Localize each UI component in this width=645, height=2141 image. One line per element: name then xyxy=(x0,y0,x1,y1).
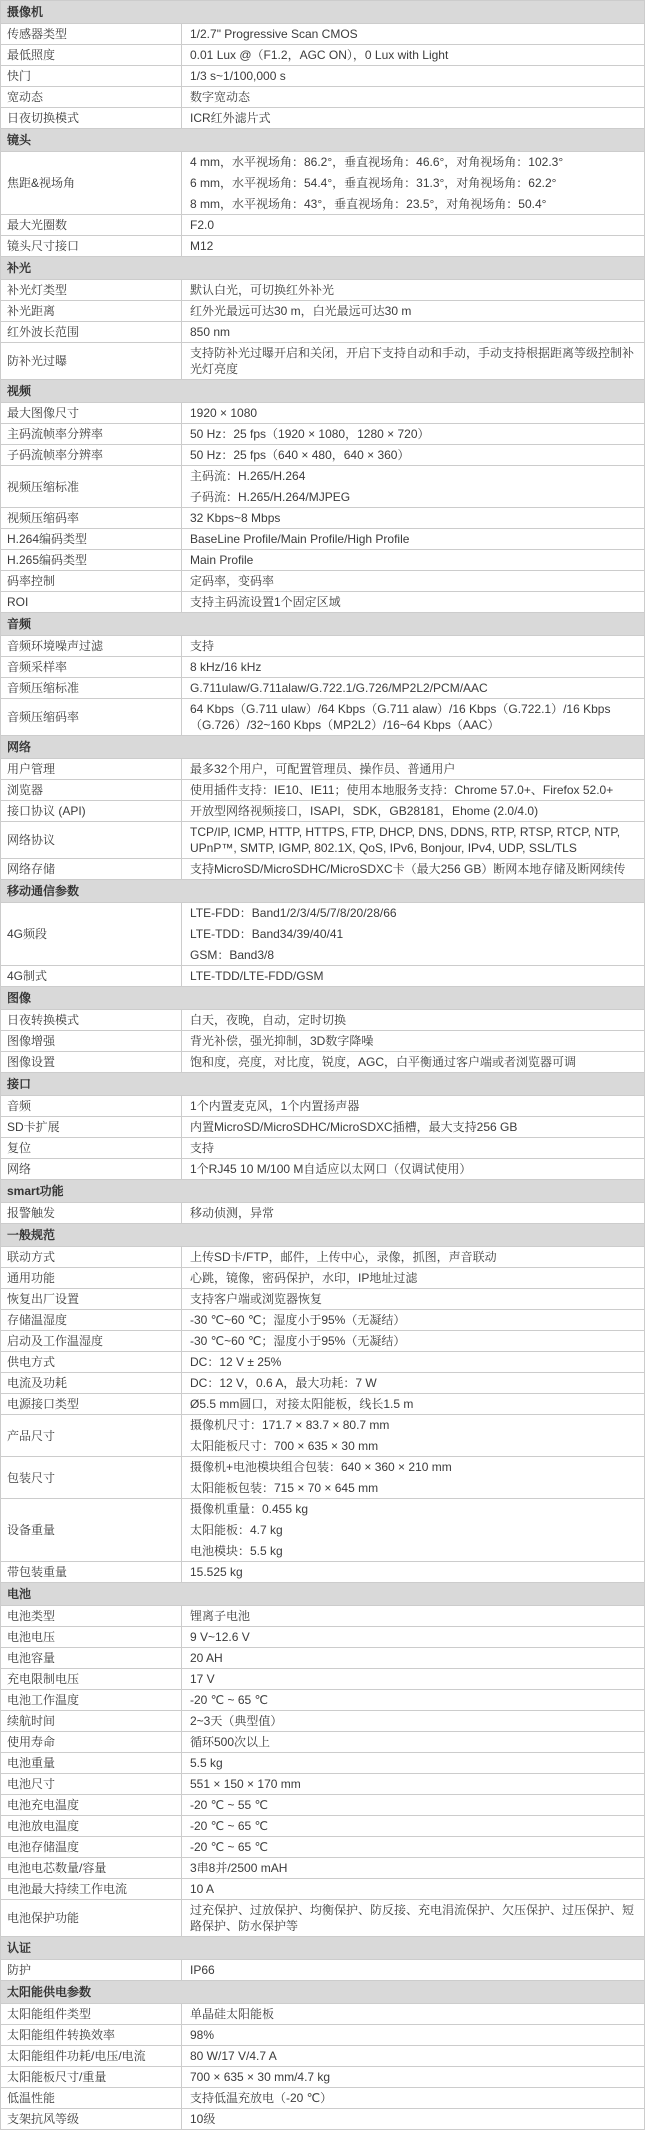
spec-label: 宽动态 xyxy=(1,87,182,108)
spec-value-line: 8 kHz/16 kHz xyxy=(190,659,638,675)
spec-value-line: 背光补偿，强光抑制，3D数字降噪 xyxy=(190,1033,638,1049)
spec-value-line: 内置MicroSD/MicroSDHC/MicroSDXC插槽，最大支持256 … xyxy=(190,1119,638,1135)
spec-label: 图像增强 xyxy=(1,1031,182,1052)
spec-value-line: 太阳能板包装：715 × 70 × 645 mm xyxy=(190,1480,638,1496)
spec-label: 电池类型 xyxy=(1,1606,182,1627)
spec-value-line: 551 × 150 × 170 mm xyxy=(190,1776,638,1792)
spec-value-line: IP66 xyxy=(190,1962,638,1978)
spec-label: 4G制式 xyxy=(1,966,182,987)
spec-value: 使用插件支持：IE10、IE11；使用本地服务支持：Chrome 57.0+、F… xyxy=(182,780,645,801)
spec-label: 电池最大持续工作电流 xyxy=(1,1879,182,1900)
spec-value-line: Main Profile xyxy=(190,552,638,568)
section-header-row: 一般规范 xyxy=(1,1224,645,1247)
spec-sheet-page: 摄像机传感器类型1/2.7" Progressive Scan CMOS最低照度… xyxy=(0,0,645,2130)
spec-label: 恢复出厂设置 xyxy=(1,1289,182,1310)
spec-row: 电池电芯数量/容量3串8并/2500 mAH xyxy=(1,1858,645,1879)
section-title: 图像 xyxy=(1,987,645,1010)
spec-label: 电池电压 xyxy=(1,1627,182,1648)
spec-row: 网络协议TCP/IP, ICMP, HTTP, HTTPS, FTP, DHCP… xyxy=(1,822,645,859)
spec-value-line: 支持 xyxy=(190,1140,638,1156)
spec-row: 电池容量20 AH xyxy=(1,1648,645,1669)
spec-value: 上传SD卡/FTP，邮件，上传中心，录像，抓图，声音联动 xyxy=(182,1247,645,1268)
spec-value-line: DC：12 V，0.6 A，最大功耗：7 W xyxy=(190,1375,638,1391)
spec-value: 红外光最远可达30 m，白光最远可达30 m xyxy=(182,301,645,322)
spec-label: 联动方式 xyxy=(1,1247,182,1268)
spec-value: 默认白光，可切换红外补光 xyxy=(182,280,645,301)
spec-label: 网络存储 xyxy=(1,859,182,880)
spec-value: 64 Kbps（G.711 ulaw）/64 Kbps（G.711 alaw）/… xyxy=(182,699,645,736)
spec-label: 报警触发 xyxy=(1,1203,182,1224)
spec-value-line: -30 ℃~60 ℃；湿度小于95%（无凝结） xyxy=(190,1333,638,1349)
spec-value: 移动侦测，异常 xyxy=(182,1203,645,1224)
spec-label: 最大光圈数 xyxy=(1,215,182,236)
spec-label: 供电方式 xyxy=(1,1352,182,1373)
spec-row: 低温性能支持低温充放电（-20 ℃） xyxy=(1,2088,645,2109)
spec-label: 传感器类型 xyxy=(1,24,182,45)
spec-value: LTE-TDD/LTE-FDD/GSM xyxy=(182,966,645,987)
spec-value-line: 32 Kbps~8 Mbps xyxy=(190,510,638,526)
spec-value-line: 10级 xyxy=(190,2111,638,2127)
spec-row: 音频压缩码率64 Kbps（G.711 ulaw）/64 Kbps（G.711 … xyxy=(1,699,645,736)
spec-value: TCP/IP, ICMP, HTTP, HTTPS, FTP, DHCP, DN… xyxy=(182,822,645,859)
spec-value-line: LTE-FDD：Band1/2/3/4/5/7/8/20/28/66 xyxy=(190,905,638,921)
spec-value-line: 4 mm，水平视场角：86.2°，垂直视场角：46.6°，对角视场角：102.3… xyxy=(190,154,638,170)
spec-row: 子码流帧率分辨率50 Hz：25 fps（640 × 480，640 × 360… xyxy=(1,445,645,466)
spec-value: 单晶硅太阳能板 xyxy=(182,2004,645,2025)
spec-value-line: 支持 xyxy=(190,638,638,654)
section-header-row: 接口 xyxy=(1,1073,645,1096)
spec-row: 电池工作温度-20 ℃ ~ 65 ℃ xyxy=(1,1690,645,1711)
spec-row: 4G频段LTE-FDD：Band1/2/3/4/5/7/8/20/28/66LT… xyxy=(1,903,645,966)
spec-label: 网络 xyxy=(1,1159,182,1180)
spec-value: 支持防补光过曝开启和关闭，开启下支持自动和手动，手动支持根据距离等级控制补光灯亮… xyxy=(182,343,645,380)
section-title: 电池 xyxy=(1,1583,645,1606)
spec-row: 镜头尺寸接口M12 xyxy=(1,236,645,257)
spec-row: 焦距&视场角4 mm，水平视场角：86.2°，垂直视场角：46.6°，对角视场角… xyxy=(1,152,645,215)
spec-value-line: 50 Hz：25 fps（1920 × 1080，1280 × 720） xyxy=(190,426,638,442)
spec-value: 锂离子电池 xyxy=(182,1606,645,1627)
spec-value-line: 循环500次以上 xyxy=(190,1734,638,1750)
spec-label: 接口协议 (API) xyxy=(1,801,182,822)
spec-value: 20 AH xyxy=(182,1648,645,1669)
spec-label: 电池容量 xyxy=(1,1648,182,1669)
spec-row: 音频采样率8 kHz/16 kHz xyxy=(1,657,645,678)
spec-value: 98% xyxy=(182,2025,645,2046)
spec-value-line: 1920 × 1080 xyxy=(190,405,638,421)
spec-row: 产品尺寸摄像机尺寸：171.7 × 83.7 × 80.7 mm太阳能板尺寸：7… xyxy=(1,1415,645,1457)
spec-row: 浏览器使用插件支持：IE10、IE11；使用本地服务支持：Chrome 57.0… xyxy=(1,780,645,801)
spec-value: 支持 xyxy=(182,636,645,657)
spec-row: 通用功能心跳，镜像，密码保护，水印，IP地址过滤 xyxy=(1,1268,645,1289)
spec-value: 摄像机重量：0.455 kg太阳能板：4.7 kg电池模块：5.5 kg xyxy=(182,1499,645,1562)
spec-label: 快门 xyxy=(1,66,182,87)
spec-value-line: TCP/IP, ICMP, HTTP, HTTPS, FTP, DHCP, DN… xyxy=(190,824,638,856)
spec-value: 支持主码流设置1个固定区域 xyxy=(182,592,645,613)
spec-value: 过充保护、过放保护、均衡保护、防反接、充电涓流保护、欠压保护、过压保护、短路保护… xyxy=(182,1900,645,1937)
spec-value: 1920 × 1080 xyxy=(182,403,645,424)
spec-value-line: 心跳，镜像，密码保护，水印，IP地址过滤 xyxy=(190,1270,638,1286)
spec-table: 摄像机传感器类型1/2.7" Progressive Scan CMOS最低照度… xyxy=(0,0,645,2130)
spec-row: 电池放电温度-20 ℃ ~ 65 ℃ xyxy=(1,1816,645,1837)
spec-value: 主码流：H.265/H.264子码流：H.265/H.264/MJPEG xyxy=(182,466,645,508)
spec-value: 支持客户端或浏览器恢复 xyxy=(182,1289,645,1310)
spec-row: 太阳能组件类型单晶硅太阳能板 xyxy=(1,2004,645,2025)
spec-value: LTE-FDD：Band1/2/3/4/5/7/8/20/28/66LTE-TD… xyxy=(182,903,645,966)
spec-label: 电池存储温度 xyxy=(1,1837,182,1858)
spec-value-line: LTE-TDD：Band34/39/40/41 xyxy=(190,926,638,942)
spec-row: 4G制式LTE-TDD/LTE-FDD/GSM xyxy=(1,966,645,987)
spec-row: 电池电压9 V~12.6 V xyxy=(1,1627,645,1648)
spec-value-line: 80 W/17 V/4.7 A xyxy=(190,2048,638,2064)
spec-value: -20 ℃ ~ 65 ℃ xyxy=(182,1837,645,1858)
spec-label: 4G频段 xyxy=(1,903,182,966)
spec-row: 续航时间2~3天（典型值） xyxy=(1,1711,645,1732)
spec-value-line: 1个RJ45 10 M/100 M自适应以太网口（仅调试使用） xyxy=(190,1161,638,1177)
spec-value: ICR红外滤片式 xyxy=(182,108,645,129)
spec-value-line: 1/2.7" Progressive Scan CMOS xyxy=(190,26,638,42)
spec-label: ROI xyxy=(1,592,182,613)
spec-row: 网络存储支持MicroSD/MicroSDHC/MicroSDXC卡（最大256… xyxy=(1,859,645,880)
spec-value: -20 ℃ ~ 65 ℃ xyxy=(182,1690,645,1711)
spec-label: 补光距离 xyxy=(1,301,182,322)
section-header-row: 摄像机 xyxy=(1,1,645,24)
spec-label: 视频压缩标准 xyxy=(1,466,182,508)
section-title: 认证 xyxy=(1,1937,645,1960)
spec-table-body: 摄像机传感器类型1/2.7" Progressive Scan CMOS最低照度… xyxy=(1,1,645,2130)
spec-row: 码率控制定码率，变码率 xyxy=(1,571,645,592)
spec-row: 最大图像尺寸1920 × 1080 xyxy=(1,403,645,424)
spec-value-line: 开放型网络视频接口，ISAPI，SDK，GB28181，Ehome (2.0/4… xyxy=(190,803,638,819)
spec-label: 音频压缩标准 xyxy=(1,678,182,699)
spec-value: -30 ℃~60 ℃；湿度小于95%（无凝结） xyxy=(182,1310,645,1331)
spec-value: 17 V xyxy=(182,1669,645,1690)
spec-value: 850 nm xyxy=(182,322,645,343)
spec-label: 带包装重量 xyxy=(1,1562,182,1583)
spec-value: 3串8并/2500 mAH xyxy=(182,1858,645,1879)
spec-row: 视频压缩码率32 Kbps~8 Mbps xyxy=(1,508,645,529)
spec-value: 开放型网络视频接口，ISAPI，SDK，GB28181，Ehome (2.0/4… xyxy=(182,801,645,822)
spec-value: BaseLine Profile/Main Profile/High Profi… xyxy=(182,529,645,550)
spec-label: 包装尺寸 xyxy=(1,1457,182,1499)
spec-label: 浏览器 xyxy=(1,780,182,801)
spec-label: 存储温湿度 xyxy=(1,1310,182,1331)
spec-value-line: -20 ℃ ~ 65 ℃ xyxy=(190,1839,638,1855)
section-title: 补光 xyxy=(1,257,645,280)
spec-row: 供电方式DC：12 V ± 25% xyxy=(1,1352,645,1373)
spec-row: H.264编码类型BaseLine Profile/Main Profile/H… xyxy=(1,529,645,550)
spec-value-line: DC：12 V ± 25% xyxy=(190,1354,638,1370)
spec-value-line: -20 ℃ ~ 65 ℃ xyxy=(190,1692,638,1708)
section-header-row: 图像 xyxy=(1,987,645,1010)
spec-value-line: 支持低温充放电（-20 ℃） xyxy=(190,2090,638,2106)
spec-value: 饱和度，亮度，对比度，锐度，AGC，白平衡通过客户端或者浏览器可调 xyxy=(182,1052,645,1073)
spec-value-line: 太阳能板：4.7 kg xyxy=(190,1522,638,1538)
spec-value: -20 ℃ ~ 65 ℃ xyxy=(182,1816,645,1837)
spec-value: 循环500次以上 xyxy=(182,1732,645,1753)
spec-value-line: 50 Hz：25 fps（640 × 480，640 × 360） xyxy=(190,447,638,463)
spec-value: 支持低温充放电（-20 ℃） xyxy=(182,2088,645,2109)
spec-row: 电池类型锂离子电池 xyxy=(1,1606,645,1627)
spec-value: 32 Kbps~8 Mbps xyxy=(182,508,645,529)
spec-value: 数字宽动态 xyxy=(182,87,645,108)
spec-row: SD卡扩展内置MicroSD/MicroSDHC/MicroSDXC插槽，最大支… xyxy=(1,1117,645,1138)
section-header-row: 电池 xyxy=(1,1583,645,1606)
spec-value-line: 电池模块：5.5 kg xyxy=(190,1543,638,1559)
spec-label: 最低照度 xyxy=(1,45,182,66)
spec-value-line: 摄像机尺寸：171.7 × 83.7 × 80.7 mm xyxy=(190,1417,638,1433)
spec-value: IP66 xyxy=(182,1960,645,1981)
spec-label: 电源接口类型 xyxy=(1,1394,182,1415)
spec-value-line: 850 nm xyxy=(190,324,638,340)
spec-value-line: 支持客户端或浏览器恢复 xyxy=(190,1291,638,1307)
spec-value-line: M12 xyxy=(190,238,638,254)
spec-value: 50 Hz：25 fps（1920 × 1080，1280 × 720） xyxy=(182,424,645,445)
section-title: 音频 xyxy=(1,613,645,636)
spec-label: 镜头尺寸接口 xyxy=(1,236,182,257)
spec-row: 电源接口类型Ø5.5 mm圆口，对接太阳能板，线长1.5 m xyxy=(1,1394,645,1415)
spec-value-line: 1个内置麦克风，1个内置扬声器 xyxy=(190,1098,638,1114)
spec-row: 宽动态数字宽动态 xyxy=(1,87,645,108)
spec-value-line: -20 ℃ ~ 55 ℃ xyxy=(190,1797,638,1813)
spec-row: 电池存储温度-20 ℃ ~ 65 ℃ xyxy=(1,1837,645,1858)
spec-value: 551 × 150 × 170 mm xyxy=(182,1774,645,1795)
spec-row: 电池充电温度-20 ℃ ~ 55 ℃ xyxy=(1,1795,645,1816)
spec-label: 日夜切换模式 xyxy=(1,108,182,129)
spec-label: 低温性能 xyxy=(1,2088,182,2109)
spec-label: 防补光过曝 xyxy=(1,343,182,380)
section-header-row: smart功能 xyxy=(1,1180,645,1203)
spec-value-line: 摄像机重量：0.455 kg xyxy=(190,1501,638,1517)
section-title: 网络 xyxy=(1,736,645,759)
spec-value-line: 15.525 kg xyxy=(190,1564,638,1580)
spec-value: 摄像机尺寸：171.7 × 83.7 × 80.7 mm太阳能板尺寸：700 ×… xyxy=(182,1415,645,1457)
spec-value-line: 移动侦测，异常 xyxy=(190,1205,638,1221)
spec-row: 报警触发移动侦测，异常 xyxy=(1,1203,645,1224)
spec-value-line: 饱和度，亮度，对比度，锐度，AGC，白平衡通过客户端或者浏览器可调 xyxy=(190,1054,638,1070)
spec-label: 太阳能组件功耗/电压/电流 xyxy=(1,2046,182,2067)
spec-value-line: 摄像机+电池模块组合包装：640 × 360 × 210 mm xyxy=(190,1459,638,1475)
spec-value: 10 A xyxy=(182,1879,645,1900)
spec-row: 带包装重量15.525 kg xyxy=(1,1562,645,1583)
spec-label: 启动及工作温湿度 xyxy=(1,1331,182,1352)
spec-value-line: 700 × 635 × 30 mm/4.7 kg xyxy=(190,2069,638,2085)
spec-label: H.264编码类型 xyxy=(1,529,182,550)
spec-value-line: 64 Kbps（G.711 ulaw）/64 Kbps（G.711 alaw）/… xyxy=(190,701,638,733)
section-header-row: 认证 xyxy=(1,1937,645,1960)
spec-row: 电池保护功能过充保护、过放保护、均衡保护、防反接、充电涓流保护、欠压保护、过压保… xyxy=(1,1900,645,1937)
spec-label: 日夜转换模式 xyxy=(1,1010,182,1031)
spec-row: 设备重量摄像机重量：0.455 kg太阳能板：4.7 kg电池模块：5.5 kg xyxy=(1,1499,645,1562)
spec-value-line: LTE-TDD/LTE-FDD/GSM xyxy=(190,968,638,984)
spec-row: 启动及工作温湿度-30 ℃~60 ℃；湿度小于95%（无凝结） xyxy=(1,1331,645,1352)
spec-label: 码率控制 xyxy=(1,571,182,592)
spec-value-line: 主码流：H.265/H.264 xyxy=(190,468,638,484)
spec-value-line: -20 ℃ ~ 65 ℃ xyxy=(190,1818,638,1834)
spec-value-line: 最多32个用户，可配置管理员、操作员、普通用户 xyxy=(190,761,638,777)
spec-value: 80 W/17 V/4.7 A xyxy=(182,2046,645,2067)
spec-value: 1/3 s~1/100,000 s xyxy=(182,66,645,87)
spec-label: 网络协议 xyxy=(1,822,182,859)
spec-label: 焦距&视场角 xyxy=(1,152,182,215)
spec-value: 9 V~12.6 V xyxy=(182,1627,645,1648)
spec-value: 15.525 kg xyxy=(182,1562,645,1583)
spec-row: H.265编码类型Main Profile xyxy=(1,550,645,571)
spec-value-line: 上传SD卡/FTP，邮件，上传中心，录像，抓图，声音联动 xyxy=(190,1249,638,1265)
spec-value-line: 子码流：H.265/H.264/MJPEG xyxy=(190,489,638,505)
spec-label: 图像设置 xyxy=(1,1052,182,1073)
spec-value-line: 10 A xyxy=(190,1881,638,1897)
spec-value: DC：12 V，0.6 A，最大功耗：7 W xyxy=(182,1373,645,1394)
spec-label: 红外波长范围 xyxy=(1,322,182,343)
spec-value: G.711ulaw/G.711alaw/G.722.1/G.726/MP2L2/… xyxy=(182,678,645,699)
section-title: 镜头 xyxy=(1,129,645,152)
spec-value: DC：12 V ± 25% xyxy=(182,1352,645,1373)
spec-label: 支架抗风等级 xyxy=(1,2109,182,2130)
spec-row: 支架抗风等级10级 xyxy=(1,2109,645,2130)
spec-row: 日夜转换模式白天，夜晚，自动，定时切换 xyxy=(1,1010,645,1031)
spec-value: Ø5.5 mm圆口，对接太阳能板，线长1.5 m xyxy=(182,1394,645,1415)
spec-row: 图像增强背光补偿，强光抑制，3D数字降噪 xyxy=(1,1031,645,1052)
spec-value-line: 0.01 Lux @（F1.2，AGC ON），0 Lux with Light xyxy=(190,47,638,63)
spec-value-line: 锂离子电池 xyxy=(190,1608,638,1624)
spec-label: 电池电芯数量/容量 xyxy=(1,1858,182,1879)
spec-label: 视频压缩码率 xyxy=(1,508,182,529)
spec-value-line: 9 V~12.6 V xyxy=(190,1629,638,1645)
spec-value-line: 定码率，变码率 xyxy=(190,573,638,589)
spec-row: 音频1个内置麦克风，1个内置扬声器 xyxy=(1,1096,645,1117)
spec-value-line: 8 mm，水平视场角：43°，垂直视场角：23.5°，对角视场角：50.4° xyxy=(190,196,638,212)
section-title: 接口 xyxy=(1,1073,645,1096)
spec-value: 5.5 kg xyxy=(182,1753,645,1774)
spec-row: 图像设置饱和度，亮度，对比度，锐度，AGC，白平衡通过客户端或者浏览器可调 xyxy=(1,1052,645,1073)
spec-row: 电池重量5.5 kg xyxy=(1,1753,645,1774)
spec-value-line: 支持防补光过曝开启和关闭，开启下支持自动和手动，手动支持根据距离等级控制补光灯亮… xyxy=(190,345,638,377)
spec-value: 摄像机+电池模块组合包装：640 × 360 × 210 mm太阳能板包装：71… xyxy=(182,1457,645,1499)
spec-label: 电池充电温度 xyxy=(1,1795,182,1816)
spec-value: 0.01 Lux @（F1.2，AGC ON），0 Lux with Light xyxy=(182,45,645,66)
section-title: 一般规范 xyxy=(1,1224,645,1247)
spec-row: 用户管理最多32个用户，可配置管理员、操作员、普通用户 xyxy=(1,759,645,780)
spec-label: 太阳能组件转换效率 xyxy=(1,2025,182,2046)
spec-value: 700 × 635 × 30 mm/4.7 kg xyxy=(182,2067,645,2088)
spec-value: 白天，夜晚，自动，定时切换 xyxy=(182,1010,645,1031)
spec-value-line: 单晶硅太阳能板 xyxy=(190,2006,638,2022)
spec-value-line: ICR红外滤片式 xyxy=(190,110,638,126)
section-header-row: 音频 xyxy=(1,613,645,636)
spec-value: 2~3天（典型值） xyxy=(182,1711,645,1732)
spec-label: 电池放电温度 xyxy=(1,1816,182,1837)
spec-label: 产品尺寸 xyxy=(1,1415,182,1457)
spec-value: 支持MicroSD/MicroSDHC/MicroSDXC卡（最大256 GB）… xyxy=(182,859,645,880)
spec-value: 心跳，镜像，密码保护，水印，IP地址过滤 xyxy=(182,1268,645,1289)
spec-label: 防护 xyxy=(1,1960,182,1981)
spec-row: 使用寿命循环500次以上 xyxy=(1,1732,645,1753)
spec-label: 音频环境噪声过滤 xyxy=(1,636,182,657)
spec-value: 背光补偿，强光抑制，3D数字降噪 xyxy=(182,1031,645,1052)
spec-row: 网络1个RJ45 10 M/100 M自适应以太网口（仅调试使用） xyxy=(1,1159,645,1180)
spec-value: 1个RJ45 10 M/100 M自适应以太网口（仅调试使用） xyxy=(182,1159,645,1180)
spec-label: 使用寿命 xyxy=(1,1732,182,1753)
spec-label: 太阳能组件类型 xyxy=(1,2004,182,2025)
spec-value-line: 98% xyxy=(190,2027,638,2043)
section-title: 视频 xyxy=(1,380,645,403)
spec-value: 10级 xyxy=(182,2109,645,2130)
spec-value-line: -30 ℃~60 ℃；湿度小于95%（无凝结） xyxy=(190,1312,638,1328)
spec-row: 防护IP66 xyxy=(1,1960,645,1981)
spec-value: -20 ℃ ~ 55 ℃ xyxy=(182,1795,645,1816)
spec-value: 最多32个用户，可配置管理员、操作员、普通用户 xyxy=(182,759,645,780)
spec-row: 恢复出厂设置支持客户端或浏览器恢复 xyxy=(1,1289,645,1310)
spec-value: 8 kHz/16 kHz xyxy=(182,657,645,678)
spec-row: 日夜切换模式ICR红外滤片式 xyxy=(1,108,645,129)
spec-value: M12 xyxy=(182,236,645,257)
spec-value-line: G.711ulaw/G.711alaw/G.722.1/G.726/MP2L2/… xyxy=(190,680,638,696)
spec-label: H.265编码类型 xyxy=(1,550,182,571)
spec-row: 太阳能组件转换效率98% xyxy=(1,2025,645,2046)
spec-label: 补光灯类型 xyxy=(1,280,182,301)
spec-row: 补光灯类型默认白光，可切换红外补光 xyxy=(1,280,645,301)
spec-label: 电池工作温度 xyxy=(1,1690,182,1711)
section-header-row: 移动通信参数 xyxy=(1,880,645,903)
spec-value: 内置MicroSD/MicroSDHC/MicroSDXC插槽，最大支持256 … xyxy=(182,1117,645,1138)
spec-row: 补光距离红外光最远可达30 m，白光最远可达30 m xyxy=(1,301,645,322)
spec-label: 子码流帧率分辨率 xyxy=(1,445,182,466)
section-header-row: 太阳能供电参数 xyxy=(1,1981,645,2004)
section-title: 太阳能供电参数 xyxy=(1,1981,645,2004)
spec-row: 电池最大持续工作电流10 A xyxy=(1,1879,645,1900)
spec-label: 电池重量 xyxy=(1,1753,182,1774)
spec-value: 定码率，变码率 xyxy=(182,571,645,592)
spec-label: SD卡扩展 xyxy=(1,1117,182,1138)
spec-value: 4 mm，水平视场角：86.2°，垂直视场角：46.6°，对角视场角：102.3… xyxy=(182,152,645,215)
spec-row: 电流及功耗DC：12 V，0.6 A，最大功耗：7 W xyxy=(1,1373,645,1394)
spec-row: 主码流帧率分辨率50 Hz：25 fps（1920 × 1080，1280 × … xyxy=(1,424,645,445)
section-header-row: 补光 xyxy=(1,257,645,280)
spec-value-line: 20 AH xyxy=(190,1650,638,1666)
spec-row: 音频压缩标准G.711ulaw/G.711alaw/G.722.1/G.726/… xyxy=(1,678,645,699)
spec-row: 充电限制电压17 V xyxy=(1,1669,645,1690)
spec-value: 50 Hz：25 fps（640 × 480，640 × 360） xyxy=(182,445,645,466)
spec-value-line: 支持MicroSD/MicroSDHC/MicroSDXC卡（最大256 GB）… xyxy=(190,861,638,877)
section-header-row: 视频 xyxy=(1,380,645,403)
spec-value-line: GSM：Band3/8 xyxy=(190,947,638,963)
spec-value: 1个内置麦克风，1个内置扬声器 xyxy=(182,1096,645,1117)
spec-label: 复位 xyxy=(1,1138,182,1159)
spec-value: 支持 xyxy=(182,1138,645,1159)
spec-value-line: 红外光最远可达30 m，白光最远可达30 m xyxy=(190,303,638,319)
spec-value: Main Profile xyxy=(182,550,645,571)
spec-value-line: 17 V xyxy=(190,1671,638,1687)
spec-label: 电池尺寸 xyxy=(1,1774,182,1795)
spec-row: 最大光圈数F2.0 xyxy=(1,215,645,236)
spec-row: 视频压缩标准主码流：H.265/H.264子码流：H.265/H.264/MJP… xyxy=(1,466,645,508)
spec-label: 最大图像尺寸 xyxy=(1,403,182,424)
section-title: 移动通信参数 xyxy=(1,880,645,903)
spec-row: 接口协议 (API)开放型网络视频接口，ISAPI，SDK，GB28181，Eh… xyxy=(1,801,645,822)
spec-row: 电池尺寸551 × 150 × 170 mm xyxy=(1,1774,645,1795)
spec-label: 充电限制电压 xyxy=(1,1669,182,1690)
spec-label: 主码流帧率分辨率 xyxy=(1,424,182,445)
spec-value-line: Ø5.5 mm圆口，对接太阳能板，线长1.5 m xyxy=(190,1396,638,1412)
spec-label: 通用功能 xyxy=(1,1268,182,1289)
spec-label: 电池保护功能 xyxy=(1,1900,182,1937)
spec-value-line: 太阳能板尺寸：700 × 635 × 30 mm xyxy=(190,1438,638,1454)
spec-row: 音频环境噪声过滤支持 xyxy=(1,636,645,657)
spec-row: ROI支持主码流设置1个固定区域 xyxy=(1,592,645,613)
section-title: smart功能 xyxy=(1,1180,645,1203)
spec-label: 音频采样率 xyxy=(1,657,182,678)
spec-value-line: 2~3天（典型值） xyxy=(190,1713,638,1729)
